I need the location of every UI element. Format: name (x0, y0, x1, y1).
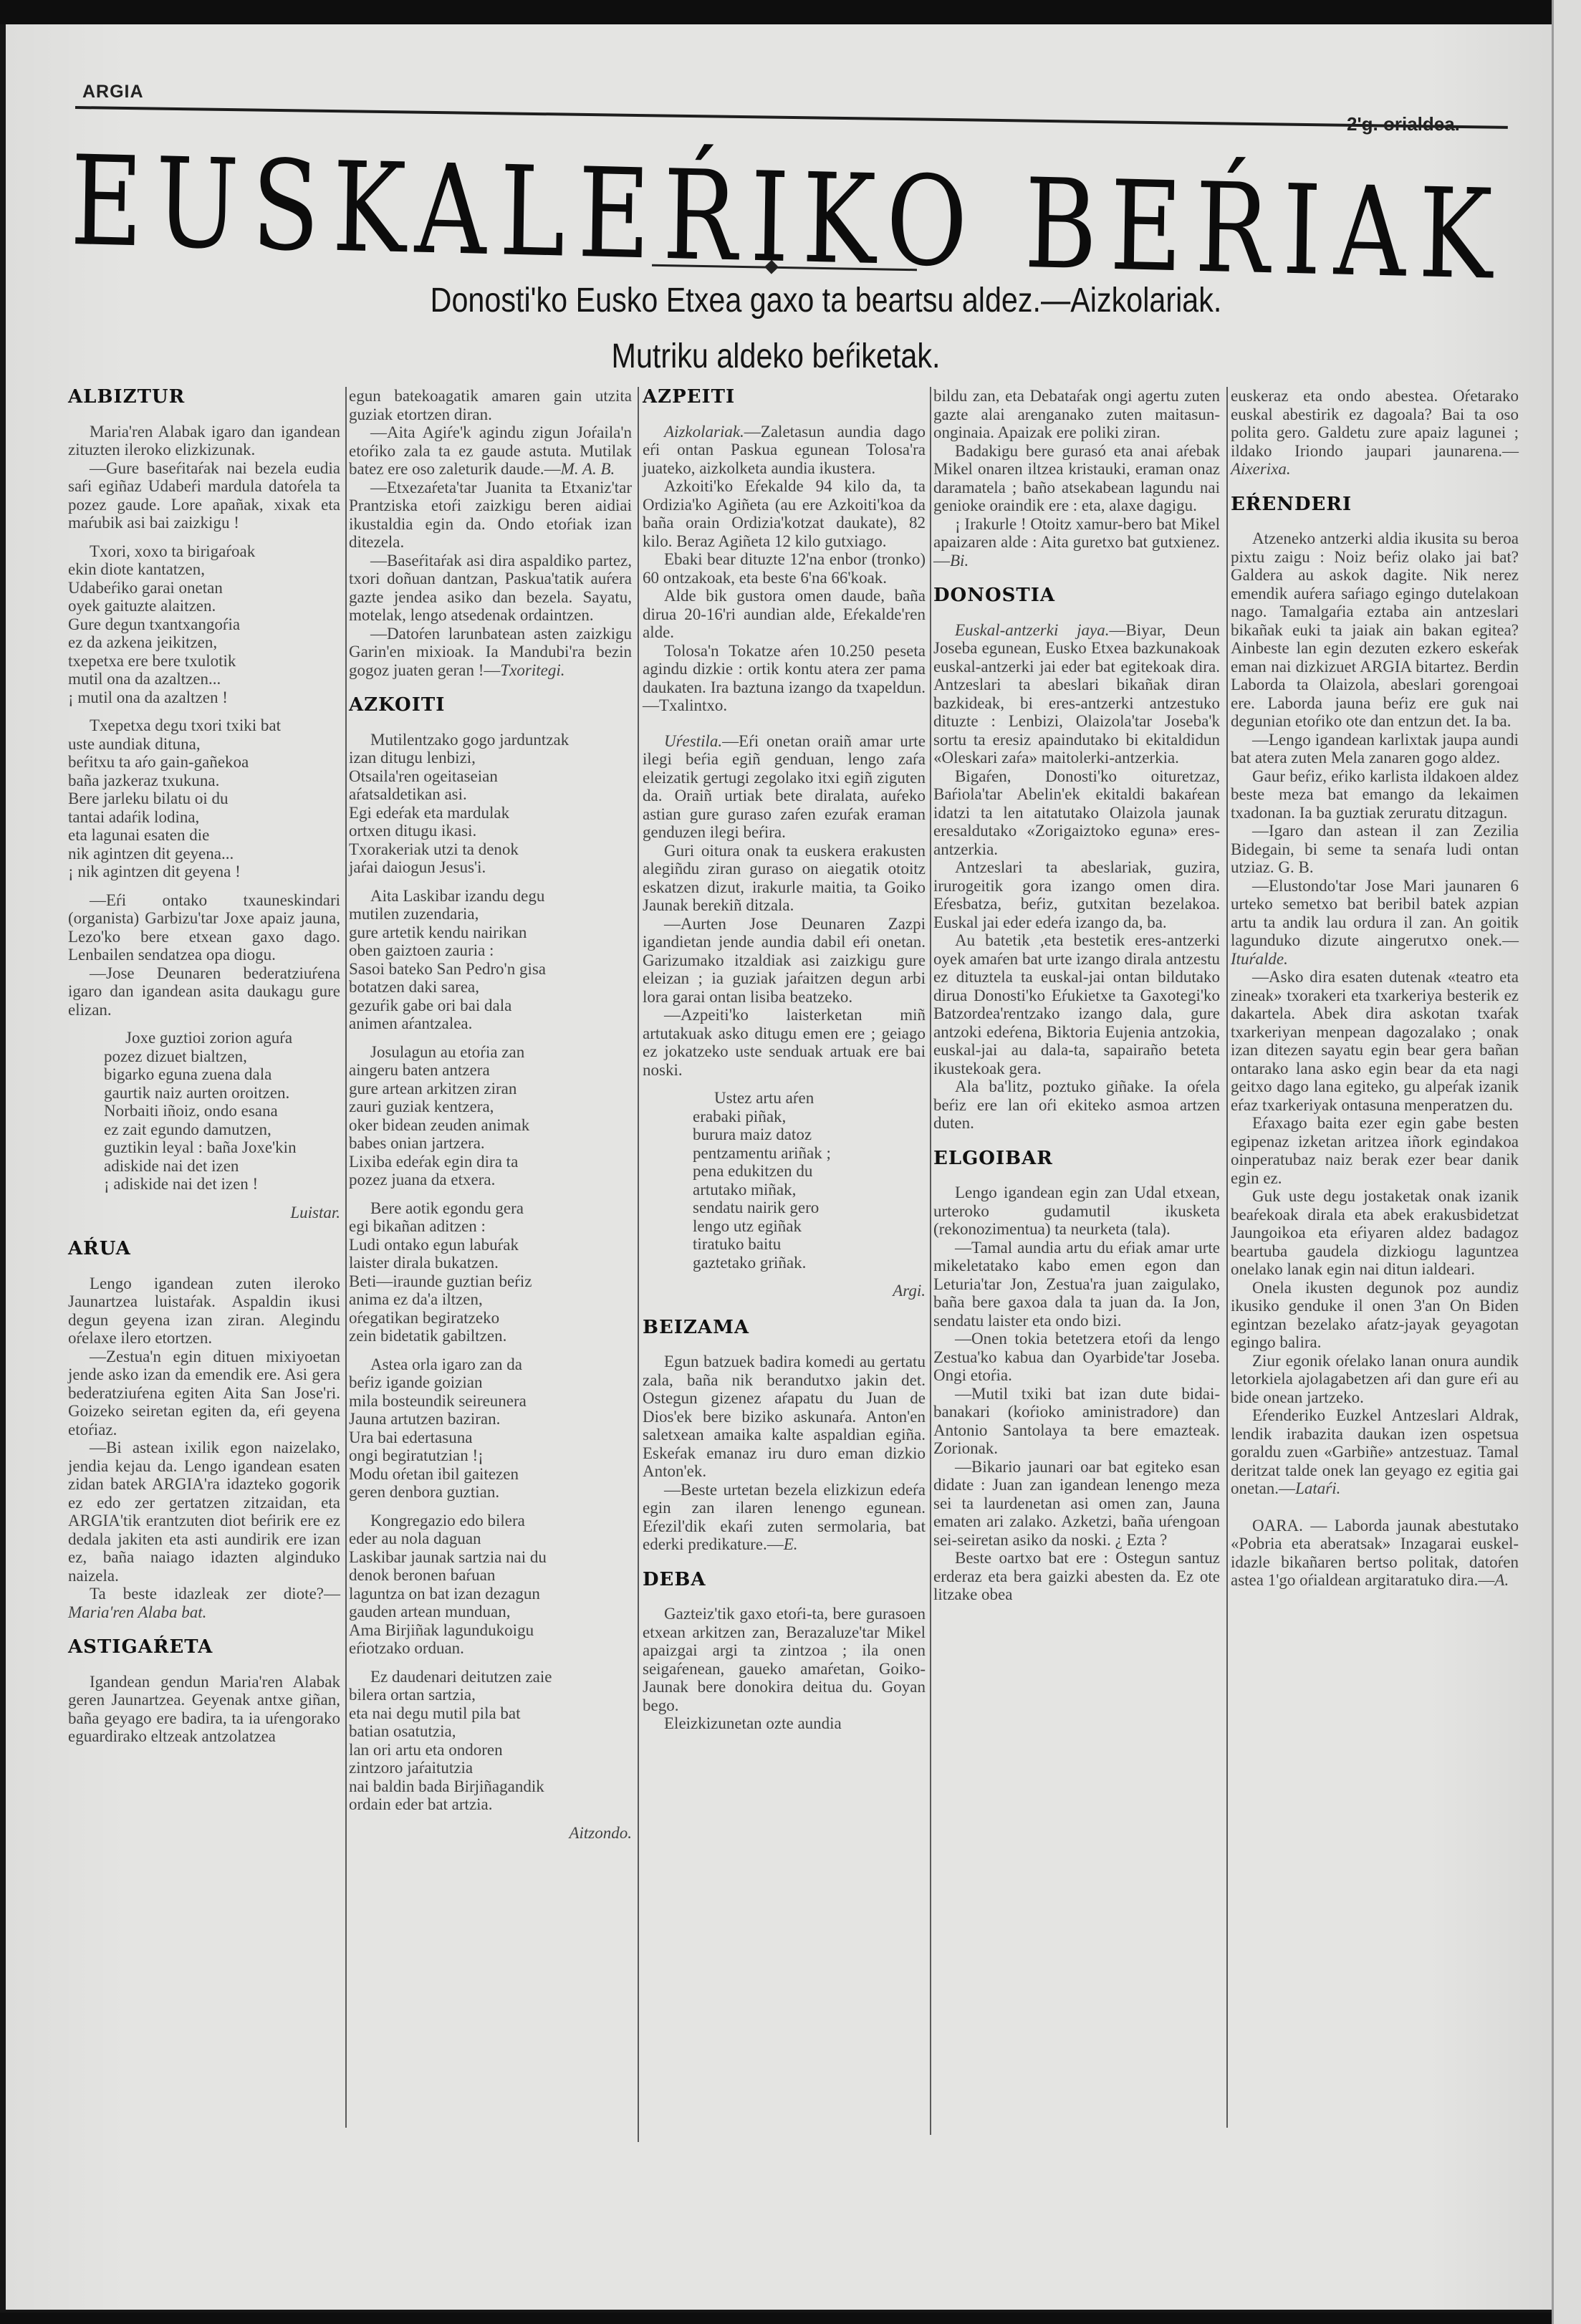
verse-line: beŕiz igande goizian (349, 1373, 632, 1392)
paragraph: —Aita Agiŕe'k agindu zigun Joŕaila'n eto… (349, 423, 632, 479)
verse-line: lan ori artu eta ondoren (349, 1741, 632, 1759)
article-heading-deba: DEBA (643, 1571, 926, 1590)
verse-line: botatzen daki sarea, (349, 978, 632, 997)
column-rule (1226, 387, 1228, 2128)
verse-line: Josulagun au etoŕia zan (349, 1043, 632, 1062)
paragraph: —Azpeiti'ko laisterketan miñ artutakuak … (643, 1006, 926, 1079)
verse-line: guztikin leyal : baña Joxe'kin (104, 1138, 340, 1157)
paragraph: —Mutil txiki bat izan dute bidai-banakar… (933, 1385, 1220, 1458)
paragraph-text: —Elustondo'tar Jose Mari jaunaren 6 urte… (1231, 877, 1519, 950)
verse-line: pentzamentu ariñak ; (693, 1144, 926, 1163)
paragraph: —Beste urtetan bezela elizkizun edeŕa eg… (643, 1481, 926, 1554)
column-rule (638, 387, 639, 2142)
verse-line: Bere jarleku bilatu oi du (68, 789, 340, 808)
paragraph: Uŕestila.—Eŕi onetan oraiñ amar urte ile… (643, 732, 926, 842)
scan-top-edge (0, 0, 1552, 24)
verse-line: oyek gaituzte alaitzen. (68, 597, 340, 615)
verse-line: baña jazkeraz txukuna. (68, 772, 340, 790)
verse-line: Ura bai edertasuna (349, 1429, 632, 1447)
verse-line: babes onian jartzera. (349, 1134, 632, 1153)
paragraph: ¡ Irakurle ! Otoitz xamur-bero bat Mikel… (933, 515, 1220, 570)
verse-line: erabaki piñak, (693, 1108, 926, 1126)
paragraph-text: ¡ Irakurle ! Otoitz xamur-bero bat Mikel… (933, 515, 1220, 570)
verse-line: mutil ona da azaltzen... (68, 670, 340, 688)
verse-line: nai baldin bada Birjiñagandik (349, 1777, 632, 1796)
paragraph: —Asko dira esaten dutenak «teatro eta zi… (1231, 968, 1519, 1114)
article-heading-elgoibar: ELGOIBAR (933, 1150, 1220, 1168)
verse-line: beŕitxu ta aŕo gain-gañekoa (68, 753, 340, 772)
paragraph-lead: Aizkolariak. (664, 423, 744, 441)
verse-line: batian osatutzia, (349, 1722, 632, 1741)
verse-line: Txepetxa degu txori txiki bat (68, 716, 340, 735)
notice-paragraph: OARA. — Laborda jaunak abestutako «Pobri… (1231, 1517, 1519, 1590)
paragraph-text: euskeraz eta ondo abestea. Oŕetarako eus… (1231, 387, 1519, 460)
verse-line: oŕegatikan begiratzeko (349, 1309, 632, 1327)
verse-line: animen aŕantzalea. (349, 1014, 632, 1033)
verse-block: Aita Laskibar izandu degu mutilen zuzend… (349, 887, 632, 1033)
paragraph-text: OARA. — Laborda jaunak abestutako «Pobri… (1231, 1517, 1519, 1590)
running-head: ARGIA (82, 82, 144, 102)
paragraph-text: —Biyar, Deun Joseba egunean, Eusko Etxea… (933, 621, 1220, 767)
author-signature: A. (1494, 1571, 1509, 1589)
verse-line: aingeru baten antzera (349, 1061, 632, 1080)
paragraph: Azkoiti'ko Eŕekalde 94 kilo da, ta Ordiz… (643, 477, 926, 550)
verse-line: Astea orla igaro zan da (349, 1355, 632, 1374)
verse-block: Ez daudenari deitutzen zaie bilera ortan… (349, 1668, 632, 1814)
verse-line: eder au nola daguan (349, 1530, 632, 1548)
paragraph: Aizkolariak.—Zaletasun aundia dago eŕi o… (643, 423, 926, 478)
verse-line: Kongregazio edo bilera (349, 1512, 632, 1530)
verse-line: bigarko eguna zuena dala (104, 1065, 340, 1084)
verse-line: Aita Laskibar izandu degu (349, 887, 632, 906)
verse-block: Joxe guztioi zorion aguŕa pozez dizuet b… (68, 1029, 340, 1194)
verse-line: oben gaiztoen zauria : (349, 941, 632, 960)
verse-line: pena edukitzen du (693, 1162, 926, 1181)
verse-line: eta lagunai esaten die (68, 826, 340, 845)
paragraph: Euskal-antzerki jaya.—Biyar, Deun Joseba… (933, 621, 1220, 767)
paragraph: Maria'ren Alabak igaro dan igandean zitu… (68, 423, 340, 459)
verse-line: Beti—iraunde guztian beŕiz (349, 1272, 632, 1291)
column-3: AZPEITI Aizkolariak.—Zaletasun aundia da… (643, 387, 926, 1733)
paragraph: Eŕaxago baita ezer egin gabe besten egip… (1231, 1114, 1519, 1187)
verse-line: Sasoi bateko San Pedro'n gisa (349, 960, 632, 979)
verse-line: mila bosteundik seireunera (349, 1392, 632, 1411)
paragraph: —Igaro dan astean il zan Zezilia Bidegai… (1231, 822, 1519, 877)
author-signature: Aitzondo. (349, 1824, 632, 1843)
verse-block: Txori, xoxo ta birigaŕoak ekin diote kan… (68, 542, 340, 707)
verse-line: gauden artean munduan, (349, 1603, 632, 1621)
verse-line: Lixiba edeŕak egin dira ta (349, 1153, 632, 1171)
article-heading-beizama: BEIZAMA (643, 1319, 926, 1338)
verse-line: uste aundiak dituna, (68, 735, 340, 754)
verse-line: Ama Birjiñak lagundukoigu (349, 1621, 632, 1640)
article-heading-albiztur: ALBIZTUR (68, 388, 340, 407)
verse-line: Ludi ontako egun labuŕak (349, 1236, 632, 1254)
column-rule (345, 387, 347, 2128)
verse-line: izan ditugu lenbizi, (349, 749, 632, 767)
verse-line: burura maiz datoz (693, 1125, 926, 1144)
article-heading-azkoiti: AZKOITI (349, 696, 632, 715)
verse-line: txepetxa ere bere txulotik (68, 652, 340, 671)
author-signature: Aixerixa. (1231, 460, 1291, 478)
paragraph: —Tamal aundia artu du eŕiak amar urte mi… (933, 1239, 1220, 1330)
paragraph: Ziur egonik oŕelako lanan onura aundik l… (1231, 1352, 1519, 1407)
paragraph: —Onen tokia betetzera etoŕi da lengo Zes… (933, 1330, 1220, 1385)
author-signature: Ituŕalde. (1231, 950, 1288, 968)
page-number: 2'g. orialdea. (1347, 113, 1460, 135)
paragraph: Egun batzuek badira komedi au gertatu za… (643, 1353, 926, 1481)
verse-line: geren denbora guztian. (349, 1483, 632, 1502)
verse-block: Bere aotik egondu gera egi bikañan aditz… (349, 1199, 632, 1345)
verse-line: bilera ortan sartzia, (349, 1686, 632, 1704)
verse-line: Txorakeriak utzi ta denok (349, 840, 632, 859)
paragraph: —Baseŕitaŕak asi dira aspaldiko partez, … (349, 552, 632, 625)
paragraph: —Zestua'n egin dituen mixiyoetan jende a… (68, 1348, 340, 1439)
verse-line: laguntza on bat izan dezagun (349, 1585, 632, 1603)
verse-line: laister dirala bukatzen. (349, 1254, 632, 1272)
verse-line: mutilen zuzendaria, (349, 905, 632, 923)
verse-line: sendatu nairik gero (693, 1199, 926, 1217)
paragraph: Beste oartxo bat ere : Ostegun santuz er… (933, 1549, 1220, 1604)
article-heading-arua: AŔUA (68, 1240, 340, 1259)
article-heading-errenderi: EŔENDERI (1231, 496, 1519, 514)
author-signature: Maria'ren Alaba bat. (68, 1603, 206, 1621)
verse-line: pozez juana da etxera. (349, 1171, 632, 1189)
paragraph: Guri oitura onak ta euskera erakusten al… (643, 842, 926, 915)
subheadline-line2: Mutriku aldeko beŕiketak. (109, 337, 1443, 376)
verse-line: gezuŕik gabe ori bai dala (349, 997, 632, 1015)
verse-line: ordain eder bat artzia. (349, 1795, 632, 1814)
verse-line: zauri guziak kentzera, (349, 1098, 632, 1116)
paragraph: —Eŕi ontako txauneskindari (organista) G… (68, 891, 340, 964)
verse-line: gaztetako griñak. (693, 1254, 926, 1272)
column-4: bildu zan, eta Debataŕak ongi agertu zut… (933, 387, 1220, 1604)
article-heading-donostia: DONOSTIA (933, 587, 1220, 605)
paragraph: Ala ba'litz, poztuko giñake. Ia oŕela be… (933, 1077, 1220, 1133)
article-heading-astigarreta: ASTIGAŔETA (68, 1638, 340, 1657)
verse-line: gure artetik kendu nairikan (349, 923, 632, 942)
verse-block: Txepetxa degu txori txiki bat uste aundi… (68, 716, 340, 881)
paragraph: Bigaŕen, Donosti'ko oituretzaz, Baŕiola'… (933, 767, 1220, 859)
column-rule (930, 387, 931, 2135)
verse-line: ¡ adiskide nai det izen ! (104, 1175, 340, 1194)
verse-line: ekin diote kantatzen, (68, 560, 340, 579)
paragraph: Guk uste degu jostaketak onak izanik bea… (1231, 1187, 1519, 1279)
paragraph: —Elustondo'tar Jose Mari jaunaren 6 urte… (1231, 877, 1519, 969)
verse-line: ortxen ditugu ikasi. (349, 822, 632, 840)
paragraph: Badakigu bere gurasó eta anai aŕebak Mik… (933, 442, 1220, 515)
verse-line: Otsaila'ren ogeitaseian (349, 767, 632, 786)
verse-line: Laskibar jaunak sartzia nai du (349, 1548, 632, 1567)
verse-line: Joxe guztioi zorion aguŕa (104, 1029, 340, 1047)
verse-line: Bere aotik egondu gera (349, 1199, 632, 1218)
paragraph-lead: Uŕestila. (664, 732, 722, 750)
verse-line: Jauna artutzen baziran. (349, 1410, 632, 1429)
verse-line: Egi edeŕak eta mardulak (349, 804, 632, 822)
paragraph: Gaur beŕiz, eŕiko karlista ildakoen alde… (1231, 767, 1519, 822)
paragraph: Ebaki bear dituzte 12'na enbor (tronko) … (643, 550, 926, 587)
paragraph: Antzeslari ta abeslariak, guzira, irurog… (933, 858, 1220, 931)
verse-line: Gure degun txantxangoŕia (68, 615, 340, 634)
column-5: euskeraz eta ondo abestea. Oŕetarako eus… (1231, 387, 1519, 1590)
paragraph: Ta beste idazleak zer diote?—Maria'ren A… (68, 1585, 340, 1621)
author-signature: Lataŕi. (1295, 1479, 1340, 1497)
article-heading-azpeiti: AZPEITI (643, 388, 926, 407)
verse-line: egi bikañan aditzen : (349, 1217, 632, 1236)
paragraph: Gazteiz'tik gaxo etoŕi-ta, bere gurasoen… (643, 1605, 926, 1714)
verse-line: Modu oŕetan ibil gaitezen (349, 1465, 632, 1484)
verse-line: eŕiotzako orduan. (349, 1639, 632, 1658)
verse-line: tantai adaŕik lodina, (68, 808, 340, 827)
verse-line: Norbaiti iñoiz, ondo esana (104, 1102, 340, 1120)
paragraph: Tolosa'n Tokatze aŕen 10.250 peseta agin… (643, 642, 926, 715)
paragraph: Alde bik gustora omen daude, baña dirua … (643, 587, 926, 642)
author-signature: Txoritegi. (500, 661, 564, 679)
paragraph: Onela ikusten degunok poz aundiz ikusiko… (1231, 1279, 1519, 1352)
paragraph-text: —Datoŕen larunbatean asten zaizkigu Gari… (349, 625, 632, 679)
verse-line: pozez dizuet bialtzen, (104, 1047, 340, 1066)
paragraph: —Etxezaŕeta'tar Juanita ta Etxaniz'tar P… (349, 479, 632, 552)
paragraph: Eleizkizunetan ozte aundia (643, 1714, 926, 1733)
verse-line: lengo utz egiñak (693, 1217, 926, 1236)
verse-line: Txori, xoxo ta birigaŕoak (68, 542, 340, 561)
column-1: ALBIZTUR Maria'ren Alabak igaro dan igan… (68, 387, 340, 1746)
paragraph: euskeraz eta ondo abestea. Oŕetarako eus… (1231, 387, 1519, 479)
paragraph: —Bi astean ixilik egon naizelako, jendia… (68, 1439, 340, 1585)
verse-block: Kongregazio edo bilera eder au nola dagu… (349, 1512, 632, 1658)
verse-line: ongi begiratutzian !¡ (349, 1446, 632, 1465)
verse-block: Mutilentzako gogo jarduntzak izan ditugu… (349, 731, 632, 877)
verse-line: denok beronen baŕuan (349, 1566, 632, 1585)
adjacent-page-edge (1552, 0, 1581, 2324)
verse-line: Ez daudenari deitutzen zaie (349, 1668, 632, 1686)
paragraph: egun batekoagatik amaren gain utzita guz… (349, 387, 632, 423)
paragraph-text: Ta beste idazleak zer diote?— (90, 1585, 340, 1603)
verse-line: jaŕai daiogun Jesus'i. (349, 858, 632, 877)
author-signature: Luistar. (68, 1204, 340, 1222)
verse-line: artutako miñak, (693, 1181, 926, 1199)
paragraph: Lengo igandean zuten ileroko Jaunartzea … (68, 1274, 340, 1348)
paragraph: Lengo igandean egin zan Udal etxean, urt… (933, 1183, 1220, 1239)
paragraph: —Jose Deunaren bederatziuŕena igaro dan … (68, 964, 340, 1019)
paragraph: Igandean gendun Maria'ren Alabak geren J… (68, 1673, 340, 1746)
verse-line: ¡ mutil ona da azaltzen ! (68, 688, 340, 707)
verse-line: oker bidean zeuden animak (349, 1116, 632, 1135)
paragraph: Eŕenderiko Euzkel Antzeslari Aldrak, len… (1231, 1406, 1519, 1498)
paragraph: Au batetik ,eta bestetik eres-antzerki o… (933, 931, 1220, 1077)
verse-line: gure artean arkitzen ziran (349, 1080, 632, 1098)
author-signature: Bi. (950, 552, 969, 570)
verse-line: anima ez da'a iltzen, (349, 1290, 632, 1309)
paragraph: —Datoŕen larunbatean asten zaizkigu Gari… (349, 625, 632, 680)
paragraph-text: Eŕenderiko Euzkel Antzeslari Aldrak, len… (1231, 1406, 1519, 1497)
paragraph: Atzeneko antzerki aldia ikusita su beroa… (1231, 529, 1519, 731)
verse-block: Ustez artu aŕen erabaki piñak, burura ma… (643, 1089, 926, 1272)
verse-line: nik agintzen dit geyena... (68, 845, 340, 863)
verse-line: ¡ nik agintzen dit geyena ! (68, 863, 340, 881)
author-signature: E. (784, 1535, 798, 1553)
verse-line: ez da azkena jeikitzen, (68, 633, 340, 652)
paragraph: —Lengo igandean karlixtak jaupa aundi ba… (1231, 731, 1519, 767)
paragraph: —Bikario jaunari oar bat egiteko esan di… (933, 1458, 1220, 1550)
verse-block: Astea orla igaro zan da beŕiz igande goi… (349, 1355, 632, 1502)
verse-line: adiskide nai det izen (104, 1157, 340, 1176)
scan-bottom-edge (0, 2313, 1552, 2324)
verse-line: Ustez artu aŕen (693, 1089, 926, 1108)
paragraph: —Aurten Jose Deunaren Zazpi igandietan j… (643, 915, 926, 1007)
verse-line: eta nai degu mutil pila bat (349, 1704, 632, 1723)
verse-line: ez zait egundo damutzen, (104, 1120, 340, 1139)
author-signature: Argi. (643, 1282, 926, 1300)
author-signature: M. A. B. (561, 460, 615, 478)
column-2: egun batekoagatik amaren gain utzita guz… (349, 387, 632, 1860)
verse-line: aŕatsaldetikan asi. (349, 785, 632, 804)
verse-line: tiratuko baitu (693, 1235, 926, 1254)
verse-line: gaurtik naiz aurten oroitzen. (104, 1084, 340, 1103)
verse-line: zintzoro jaŕaitutzia (349, 1759, 632, 1777)
verse-block: Josulagun au etoŕia zan aingeru baten an… (349, 1043, 632, 1189)
verse-line: Udabeŕiko garai onetan (68, 579, 340, 597)
paragraph: —Gure baseŕitaŕak nai bezela eudia saŕi … (68, 459, 340, 532)
verse-line: zein bidetatik gabiltzen. (349, 1327, 632, 1345)
subheadline-line1: Donosti'ko Eusko Etxea gaxo ta beartsu a… (159, 281, 1494, 320)
paragraph: bildu zan, eta Debataŕak ongi agertu zut… (933, 387, 1220, 442)
paragraph-lead: Euskal-antzerki jaya. (955, 621, 1109, 639)
verse-line: Mutilentzako gogo jarduntzak (349, 731, 632, 749)
